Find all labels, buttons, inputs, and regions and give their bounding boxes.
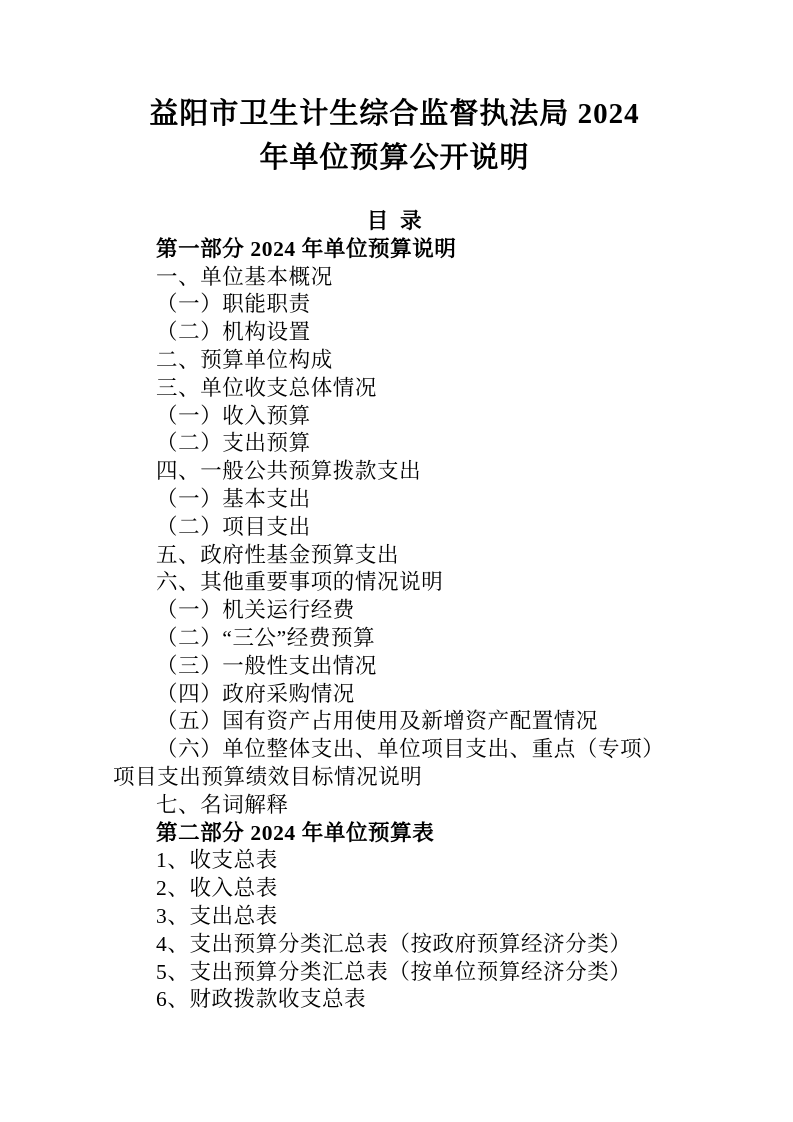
toc-item: 三、单位收支总体情况 — [113, 375, 676, 403]
toc-item: 4、支出预算分类汇总表（按政府预算经济分类） — [113, 931, 676, 959]
toc-item: 2、收入总表 — [113, 875, 676, 903]
toc-item: 3、支出总表 — [113, 903, 676, 931]
document-title: 益阳市卫生计生综合监督执法局 2024 年单位预算公开说明 — [113, 92, 676, 180]
toc-item: 二、预算单位构成 — [113, 347, 676, 375]
toc-part2-heading: 第二部分 2024 年单位预算表 — [113, 820, 676, 848]
toc-item: （一）基本支出 — [113, 486, 676, 514]
toc-item: （二）项目支出 — [113, 514, 676, 542]
toc-item: （二）机构设置 — [113, 319, 676, 347]
toc-item: 六、其他重要事项的情况说明 — [113, 569, 676, 597]
toc-item: （二）“三公”经费预算 — [113, 625, 676, 653]
document-title-line1: 益阳市卫生计生综合监督执法局 2024 — [113, 92, 676, 136]
table-of-contents: 目 录 第一部分 2024 年单位预算说明 一、单位基本概况 （一）职能职责 （… — [113, 208, 676, 1014]
toc-item: 七、名词解释 — [113, 792, 676, 820]
toc-item: （二）支出预算 — [113, 430, 676, 458]
toc-item: （一）收入预算 — [113, 403, 676, 431]
toc-item: （四）政府采购情况 — [113, 681, 676, 709]
toc-item-continuation: 项目支出预算绩效目标情况说明 — [113, 764, 676, 792]
document-title-line2: 年单位预算公开说明 — [113, 136, 676, 180]
toc-item: （五）国有资产占用使用及新增资产配置情况 — [113, 708, 676, 736]
toc-item: 五、政府性基金预算支出 — [113, 542, 676, 570]
toc-item: （三）一般性支出情况 — [113, 653, 676, 681]
toc-item: 1、收支总表 — [113, 847, 676, 875]
toc-item: 一、单位基本概况 — [113, 264, 676, 292]
toc-item: 6、财政拨款收支总表 — [113, 986, 676, 1014]
toc-item: （一）机关运行经费 — [113, 597, 676, 625]
toc-item: （一）职能职责 — [113, 291, 676, 319]
toc-item: （六）单位整体支出、单位项目支出、重点（专项） — [113, 736, 676, 764]
toc-item: 5、支出预算分类汇总表（按单位预算经济分类） — [113, 959, 676, 987]
document-page: 益阳市卫生计生综合监督执法局 2024 年单位预算公开说明 目 录 第一部分 2… — [0, 0, 793, 1122]
toc-heading: 目 录 — [113, 208, 676, 236]
document-content: 益阳市卫生计生综合监督执法局 2024 年单位预算公开说明 目 录 第一部分 2… — [113, 0, 676, 1014]
toc-part1-heading: 第一部分 2024 年单位预算说明 — [113, 236, 676, 264]
toc-item: 四、一般公共预算拨款支出 — [113, 458, 676, 486]
